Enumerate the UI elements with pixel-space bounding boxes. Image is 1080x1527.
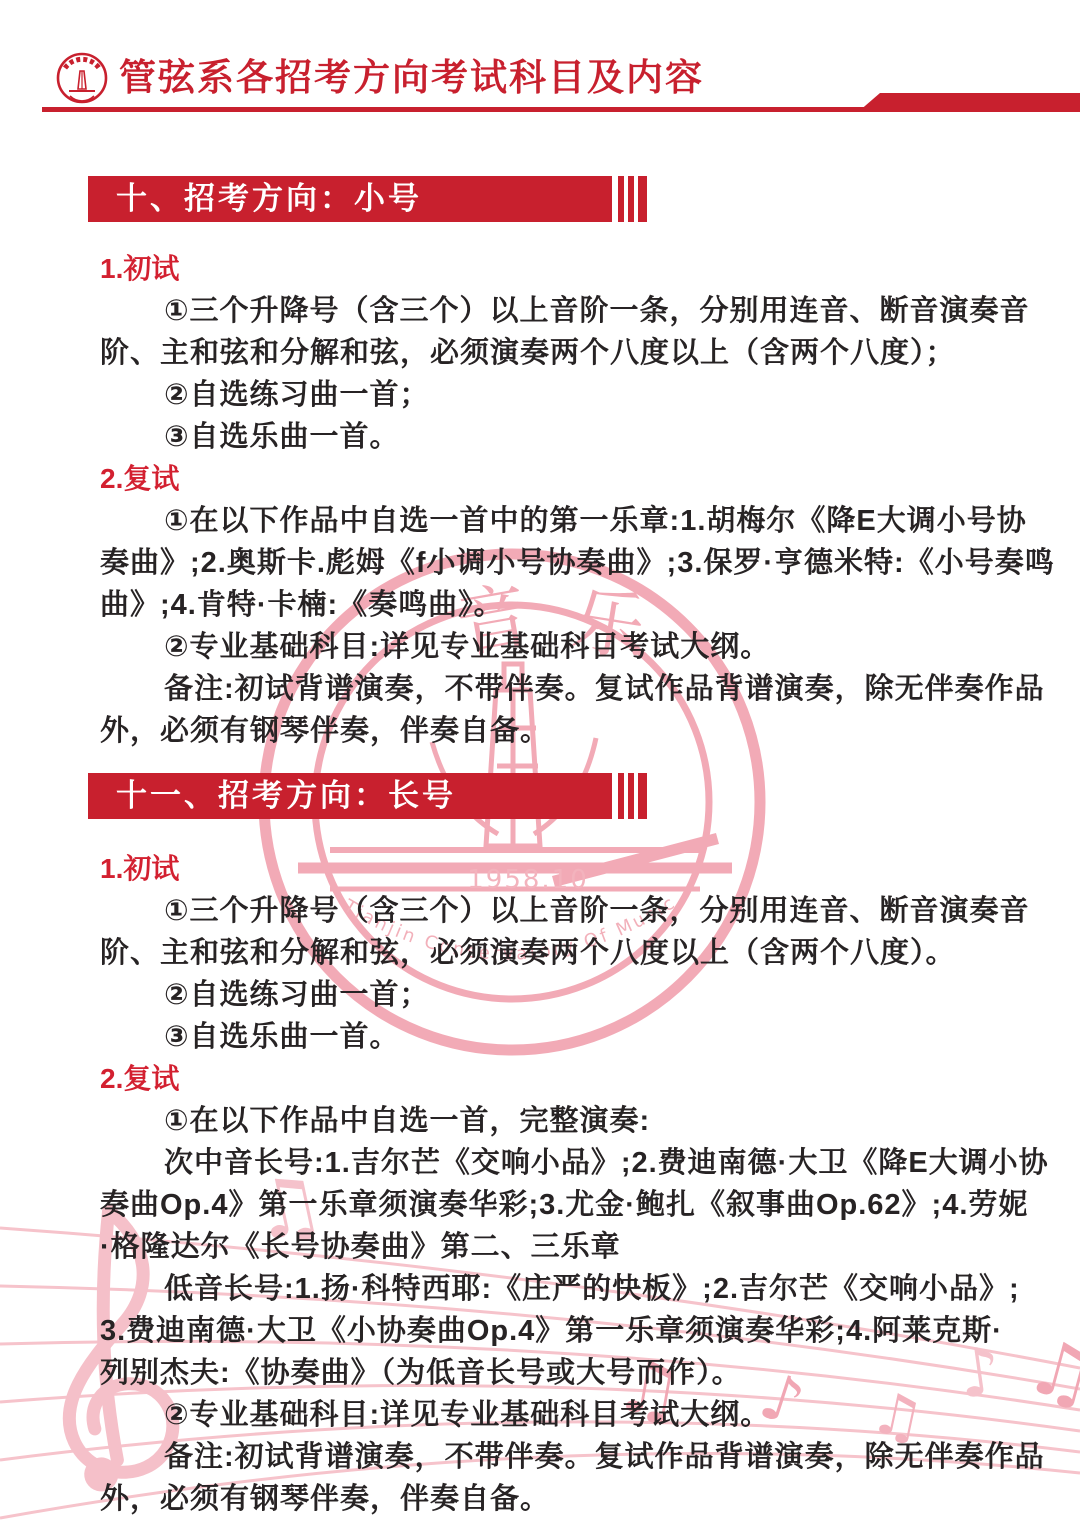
- school-seal-logo-icon: [55, 51, 109, 105]
- text-line: 阶、主和弦和分解和弦，必须演奏两个八度以上（含两个八度）；: [100, 332, 1000, 374]
- round-subhead: 2.复试: [100, 1058, 1000, 1100]
- text-line: 外，必须有钢琴伴奏，伴奏自备。: [100, 710, 1000, 752]
- round-subhead: 2.复试: [100, 458, 1000, 500]
- section-content: 1.初试①三个升降号（含三个）以上音阶一条，分别用连音、断音演奏音阶、主和弦和分…: [100, 248, 1000, 752]
- text-line: 备注:初试背谱演奏，不带伴奏。复试作品背谱演奏，除无伴奏作品: [100, 1436, 1000, 1478]
- text-line: 低音长号:1.扬·科特西耶:《庄严的快板》;2.吉尔芒《交响小品》;: [100, 1268, 1000, 1310]
- banner-stripe: [618, 176, 624, 222]
- text-line: ①三个升降号（含三个）以上音阶一条，分别用连音、断音演奏音: [100, 890, 1000, 932]
- text-line: ①在以下作品中自选一首中的第一乐章:1.胡梅尔《降E大调小号协: [100, 500, 1000, 542]
- text-line: ③自选乐曲一首。: [100, 416, 1000, 458]
- section-banner-label: 十、招考方向：小号: [88, 176, 612, 222]
- text-line: 备注:初试背谱演奏，不带伴奏。复试作品背谱演奏，除无伴奏作品: [100, 668, 1000, 710]
- text-line: ②专业基础科目:详见专业基础科目考试大纲。: [100, 1394, 1000, 1436]
- text-line: ②自选练习曲一首；: [100, 374, 1000, 416]
- banner-stripe: [638, 773, 647, 819]
- header-rule-accent: [858, 93, 1080, 112]
- text-line: ①在以下作品中自选一首，完整演奏:: [100, 1100, 1000, 1142]
- document-page: 音 乐 1958.10 Tianjin C: [0, 0, 1080, 1527]
- text-line: 外，必须有钢琴伴奏，伴奏自备。: [100, 1478, 1000, 1520]
- text-line: ③自选乐曲一首。: [100, 1016, 1000, 1058]
- text-line: 次中音长号:1.吉尔芒《交响小品》;2.费迪南德·大卫《降E大调小协: [100, 1142, 1000, 1184]
- text-line: ②自选练习曲一首；: [100, 974, 1000, 1016]
- banner-stripe: [628, 773, 634, 819]
- text-line: ①三个升降号（含三个）以上音阶一条，分别用连音、断音演奏音: [100, 290, 1000, 332]
- text-line: ·格隆达尔《长号协奏曲》第二、三乐章: [100, 1226, 1000, 1268]
- text-line: 曲》;4.肯特·卡楠:《奏鸣曲》。: [100, 584, 1000, 626]
- section-banner-label: 十一、招考方向：长号: [88, 773, 612, 819]
- text-line: 阶、主和弦和分解和弦，必须演奏两个八度以上（含两个八度）。: [100, 932, 1000, 974]
- text-line: 列别杰夫:《协奏曲》（为低音长号或大号而作）。: [100, 1352, 1000, 1394]
- page-title: 管弦系各招考方向考试科目及内容: [119, 50, 704, 106]
- text-line: 奏曲Op.4》第一乐章须演奏华彩;3.尤金·鲍扎《叙事曲Op.62》;4.劳妮: [100, 1184, 1000, 1226]
- text-line: 3.费迪南德·大卫《小协奏曲Op.4》第一乐章须演奏华彩;4.阿莱克斯·: [100, 1310, 1000, 1352]
- text-line: ②专业基础科目:详见专业基础科目考试大纲。: [100, 626, 1000, 668]
- round-subhead: 1.初试: [100, 248, 1000, 290]
- section-content: 1.初试①三个升降号（含三个）以上音阶一条，分别用连音、断音演奏音阶、主和弦和分…: [100, 848, 1000, 1520]
- section-banner: 十一、招考方向：长号: [88, 773, 647, 819]
- section-banner: 十、招考方向：小号: [88, 176, 647, 222]
- round-subhead: 1.初试: [100, 848, 1000, 890]
- banner-stripe: [628, 176, 634, 222]
- banner-stripe: [638, 176, 647, 222]
- beamed-note-icon: ♫: [1017, 1319, 1080, 1423]
- text-line: 奏曲》;2.奥斯卡.彪姆《f小调小号协奏曲》;3.保罗·亨德米特:《小号奏鸣: [100, 542, 1000, 584]
- banner-stripe: [618, 773, 624, 819]
